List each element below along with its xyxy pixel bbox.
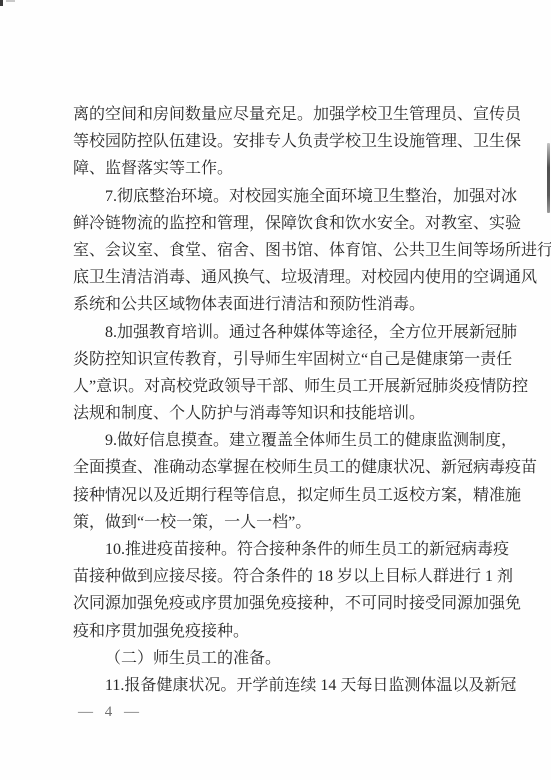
text-line: 策，做到“一校一策，一人一档”。 (73, 509, 488, 536)
paragraph-start-line: 7.彻底整治环境。对校园实施全面环境卫生整治，加强对冰 (73, 183, 488, 210)
text-line: 系统和公共区域物体表面进行清洁和预防性消毒。 (73, 291, 488, 318)
text-line: 苗接种做到应接尽接。符合条件的 18 岁以上目标人群进行 1 剂 (73, 563, 488, 590)
text-line: 障、监督落实等工作。 (73, 155, 488, 182)
text-line: 等校园防控队伍建设。安排专人负责学校卫生设施管理、卫生保 (73, 128, 488, 155)
text-line: 接种情况以及近期行程等信息，拟定师生员工返校方案，精准施 (73, 482, 488, 509)
scan-streak-artifact (547, 143, 550, 213)
scan-speck-artifact (0, 0, 3, 6)
section-heading-line: （二）师生员工的准备。 (73, 645, 488, 672)
text-line: 全面摸查、准确动态掌握在校师生员工的健康状况、新冠病毒疫苗 (73, 454, 488, 481)
text-line: 炎防控知识宣传教育，引导师生牢固树立“自己是健康第一责任 (73, 346, 488, 373)
text-line: 鲜冷链物流的监控和管理，保障饮食和饮水安全。对教室、实验 (73, 210, 488, 237)
paragraph-start-line: 9.做好信息摸查。建立覆盖全体师生员工的健康监测制度， (73, 427, 488, 454)
paragraph-start-line: 11.报备健康状况。开学前连续 14 天每日监测体温以及新冠 (73, 672, 488, 699)
text-line: 法规和制度、个人防护与消毒等知识和技能培训。 (73, 400, 488, 427)
text-line: 疫和序贯加强免疫接种。 (73, 618, 488, 645)
text-line: 离的空间和房间数量应尽量充足。加强学校卫生管理员、宣传员 (73, 101, 488, 128)
document-body: 离的空间和房间数量应尽量充足。加强学校卫生管理员、宣传员 等校园防控队伍建设。安… (73, 101, 488, 699)
page-number: — 4 — (78, 702, 143, 722)
text-line: 室、会议室、食堂、宿舍、图书馆、体育馆、公共卫生间等场所进行彻 (73, 237, 488, 264)
paragraph-start-line: 10.推进疫苗接种。符合接种条件的师生员工的新冠病毒疫 (73, 536, 488, 563)
text-line: 人”意识。对高校党政领导干部、师生员工开展新冠肺炎疫情防控 (73, 373, 488, 400)
paragraph-start-line: 8.加强教育培训。通过各种媒体等途径，全方位开展新冠肺 (73, 319, 488, 346)
scan-smudge-artifact (6, 0, 15, 2)
text-line: 次同源加强免疫或序贯加强免疫接种，不可同时接受同源加强免 (73, 590, 488, 617)
document-page: 离的空间和房间数量应尽量充足。加强学校卫生管理员、宣传员 等校园防控队伍建设。安… (0, 0, 551, 780)
text-line: 底卫生清洁消毒、通风换气、垃圾清理。对校园内使用的空调通风 (73, 264, 488, 291)
